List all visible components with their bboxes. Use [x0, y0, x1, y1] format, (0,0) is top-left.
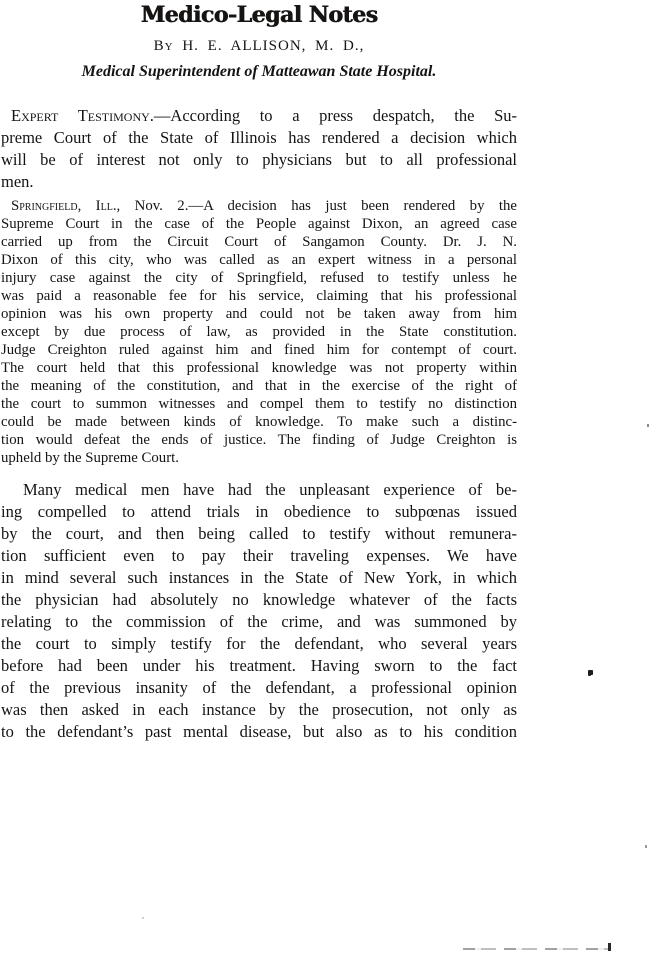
small-caps-lead: Springfield, Ill.,: [11, 198, 120, 214]
text-line: Judge Creighton ruled against him and fi…: [1, 341, 517, 359]
text-line: in mind several such instances in the St…: [1, 567, 517, 589]
text-line: injury case against the city of Springfi…: [1, 269, 517, 287]
small-caps-lead: Expert Testimony.: [11, 106, 154, 125]
scan-edge-dot: [647, 424, 649, 427]
text-line: the meaning of the constitution, and tha…: [1, 377, 517, 395]
text-line: the physician had absolutely no knowledg…: [1, 589, 517, 611]
author-affiliation: Medical Superintendent of Matteawan Stat…: [1, 63, 517, 81]
text-line: Springfield, Ill., Nov. 2.—A decision ha…: [1, 197, 517, 215]
text-line: the court to simply testify for the defe…: [1, 633, 517, 655]
scan-faint-dot: [142, 917, 144, 919]
text-line: before had been under his treatment. Hav…: [1, 655, 517, 677]
text-line: to the defendant’s past mental disease, …: [1, 721, 517, 743]
text-line: except by due process of law, as provide…: [1, 323, 517, 341]
text-line: Expert Testimony.—According to a press d…: [1, 105, 517, 127]
text-line: Many medical men have had the unpleasant…: [1, 479, 517, 501]
text-line: will be of interest not only to physicia…: [1, 149, 517, 171]
byline-prefix: By: [154, 38, 174, 54]
scan-edge-dot: [645, 845, 647, 848]
paragraph-springfield-dispatch: Springfield, Ill., Nov. 2.—A decision ha…: [1, 197, 517, 467]
byline: By H. E. ALLISON, M. D.,: [1, 39, 517, 54]
text-line: men.: [1, 171, 517, 193]
article-title: Medico-Legal Notes: [1, 3, 517, 27]
text-line: the court to summon witnesses and compel…: [1, 395, 517, 413]
text-line: opinion was his own property and could n…: [1, 305, 517, 323]
text-line: Supreme Court in the case of the People …: [1, 215, 517, 233]
text-line: relating to the commission of the crime,…: [1, 611, 517, 633]
scan-smudge-line: [463, 948, 611, 950]
text-column: Medico-Legal Notes By H. E. ALLISON, M. …: [1, 0, 517, 743]
text-line: by the court, and then being called to t…: [1, 523, 517, 545]
text-line: tion sufficient even to pay their travel…: [1, 545, 517, 567]
text-line: tion would defeat the ends of justice. T…: [1, 431, 517, 449]
text-line: The court held that this professional kn…: [1, 359, 517, 377]
text-line: could be made between kinds of knowledge…: [1, 413, 517, 431]
text-line: was then asked in each instance by the p…: [1, 699, 517, 721]
scan-speck: [588, 670, 593, 675]
text-line: of the previous insanity of the defendan…: [1, 677, 517, 699]
scan-tick-mark: [608, 943, 611, 951]
paragraph-editorial-commentary: Many medical men have had the unpleasant…: [1, 479, 517, 743]
byline-author-name: H. E. ALLISON, M. D.,: [182, 38, 364, 54]
text-line: preme Court of the State of Illinois has…: [1, 127, 517, 149]
paragraph-expert-testimony-intro: Expert Testimony.—According to a press d…: [1, 105, 517, 193]
text-line: Dixon of this city, who was called as an…: [1, 251, 517, 269]
text-line: ing compelled to attend trials in obedie…: [1, 501, 517, 523]
text-line: was paid a reasonable fee for his servic…: [1, 287, 517, 305]
scanned-journal-page: Medico-Legal Notes By H. E. ALLISON, M. …: [0, 0, 650, 953]
text-line: carried up from the Circuit Court of San…: [1, 233, 517, 251]
text-line: upheld by the Supreme Court.: [1, 449, 517, 467]
